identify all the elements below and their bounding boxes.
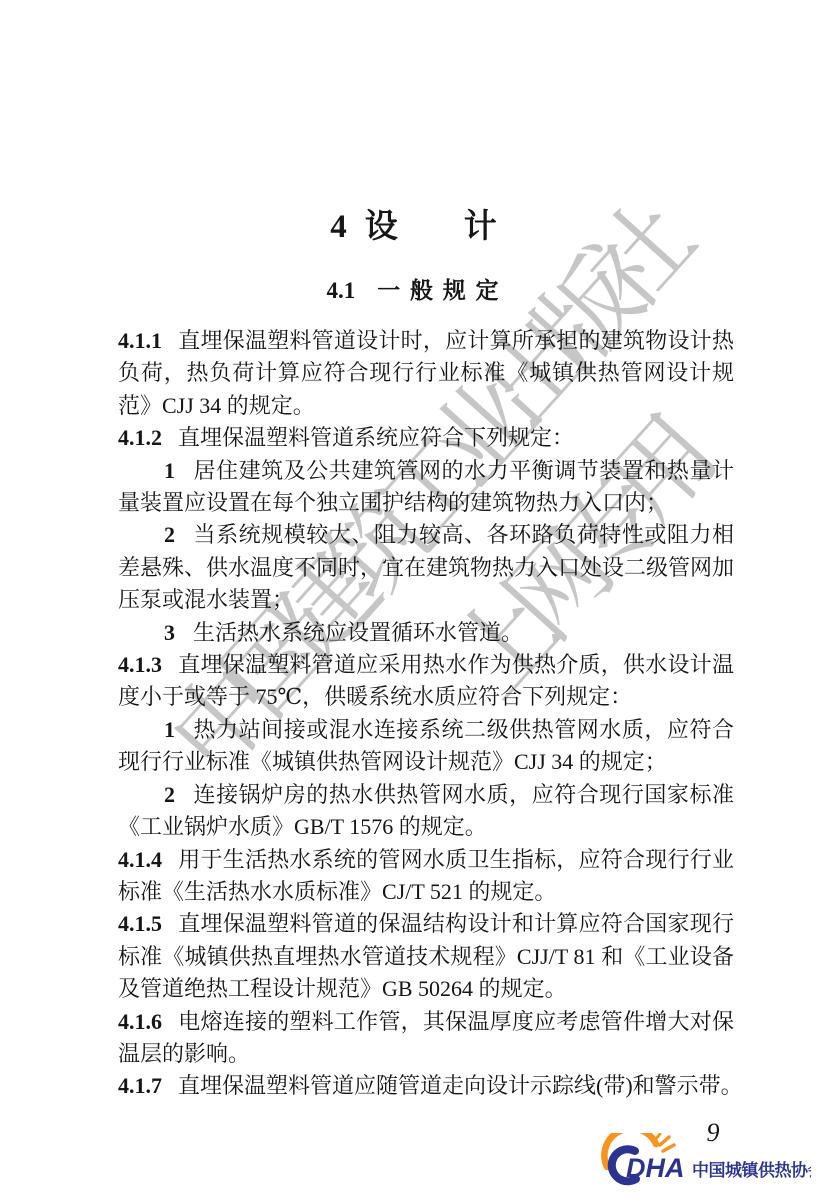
clause-number: 4.1.4 — [118, 847, 162, 872]
item-text: 当系统规模较大、阻力较高、各环路负荷特性或阻力相差悬殊、供水温度不同时，宜在建筑… — [118, 522, 734, 612]
clause-4.1.2-item-3: 3生活热水系统应设置循环水管道。 — [118, 617, 734, 649]
section-number: 4.1 — [327, 278, 356, 303]
clause-text: 直埋保温塑料管道应采用热水作为供热介质，供水设计温度小于或等于 75℃，供暖系统… — [118, 652, 734, 709]
section-heading: 4.1一 般 规 定 — [0, 272, 827, 305]
chapter-heading: 4设 计 — [0, 200, 827, 247]
clause-4.1.3: 4.1.3直埋保温塑料管道应采用热水作为供热介质，供水设计温度小于或等于 75℃… — [118, 649, 734, 714]
clause-text: 直埋保温塑料管道系统应符合下列规定： — [178, 425, 574, 450]
clause-number: 4.1.3 — [118, 652, 162, 677]
clause-number: 4.1.7 — [118, 1073, 162, 1098]
item-text: 居住建筑及公共建筑管网的水力平衡调节装置和热量计量装置应设置在每个独立围护结构的… — [118, 458, 734, 515]
item-text: 生活热水系统应设置循环水管道。 — [193, 620, 523, 645]
clause-text: 直埋保温塑料管道的保温结构设计和计算应符合国家现行标准《城镇供热直埋热水管道技术… — [118, 911, 734, 1001]
association-logo: DHA 中国城镇供热协会 — [599, 1133, 811, 1196]
clause-4.1.6: 4.1.6电熔连接的塑料工作管，其保温厚度应考虑管件增大对保温层的影响。 — [118, 1006, 734, 1071]
clause-number: 4.1.6 — [118, 1009, 162, 1034]
item-number: 2 — [164, 522, 175, 547]
signal-ray-icon — [663, 1145, 674, 1151]
association-name: 中国城镇供热协会 — [692, 1160, 811, 1180]
clause-4.1.3-item-1: 1热力站间接或混水连接系统二级供热管网水质，应符合现行行业标准《城镇供热管网设计… — [118, 714, 734, 779]
clause-text: 电熔连接的塑料工作管，其保温厚度应考虑管件增大对保温层的影响。 — [118, 1009, 734, 1066]
clause-4.1.2-item-1: 1居住建筑及公共建筑管网的水力平衡调节装置和热量计量装置应设置在每个独立围护结构… — [118, 455, 734, 520]
item-number: 1 — [164, 717, 175, 742]
item-number: 1 — [164, 458, 175, 483]
item-text: 连接锅炉房的热水供热管网水质，应符合现行国家标准《工业锅炉水质》GB/T 157… — [118, 782, 734, 839]
association-acronym: DHA — [626, 1153, 685, 1183]
clause-4.1.5: 4.1.5直埋保温塑料管道的保温结构设计和计算应符合国家现行标准《城镇供热直埋热… — [118, 908, 734, 1005]
clause-text: 直埋保温塑料管道设计时，应计算所承担的建筑物设计热负荷，热负荷计算应符合现行行业… — [118, 328, 734, 418]
chapter-number: 4 — [330, 209, 347, 245]
clause-number: 4.1.5 — [118, 911, 162, 936]
clause-4.1.2: 4.1.2直埋保温塑料管道系统应符合下列规定： — [118, 422, 734, 454]
item-text: 热力站间接或混水连接系统二级供热管网水质，应符合现行行业标准《城镇供热管网设计规… — [118, 717, 734, 774]
chapter-title: 设 计 — [365, 209, 497, 245]
clause-number: 4.1.1 — [118, 328, 162, 353]
clause-4.1.1: 4.1.1直埋保温塑料管道设计时，应计算所承担的建筑物设计热负荷，热负荷计算应符… — [118, 325, 734, 422]
body-text: 4.1.1直埋保温塑料管道设计时，应计算所承担的建筑物设计热负荷，热负荷计算应符… — [118, 325, 734, 1103]
clause-4.1.2-item-2: 2当系统规模较大、阻力较高、各环路负荷特性或阻力相差悬殊、供水温度不同时，宜在建… — [118, 519, 734, 616]
item-number: 3 — [164, 620, 175, 645]
clause-text: 直埋保温塑料管道应随管道走向设计示踪线(带)和警示带。 — [178, 1073, 743, 1098]
section-title: 一 般 规 定 — [377, 278, 500, 303]
clause-text: 用于生活热水系统的管网水质卫生指标，应符合现行行业标准《生活热水水质标准》CJ/… — [118, 847, 734, 904]
signal-ray-icon — [660, 1137, 669, 1145]
clause-4.1.3-item-2: 2连接锅炉房的热水供热管网水质，应符合现行国家标准《工业锅炉水质》GB/T 15… — [118, 779, 734, 844]
clause-number: 4.1.2 — [118, 425, 162, 450]
document-page: 中国建筑工业出版社 上网专用 4设 计 4.1一 般 规 定 4.1.1直埋保温… — [0, 0, 827, 1198]
clause-4.1.7: 4.1.7直埋保温塑料管道应随管道走向设计示踪线(带)和警示带。 — [118, 1070, 734, 1102]
clause-4.1.4: 4.1.4用于生活热水系统的管网水质卫生指标，应符合现行行业标准《生活热水水质标… — [118, 844, 734, 909]
item-number: 2 — [164, 782, 175, 807]
